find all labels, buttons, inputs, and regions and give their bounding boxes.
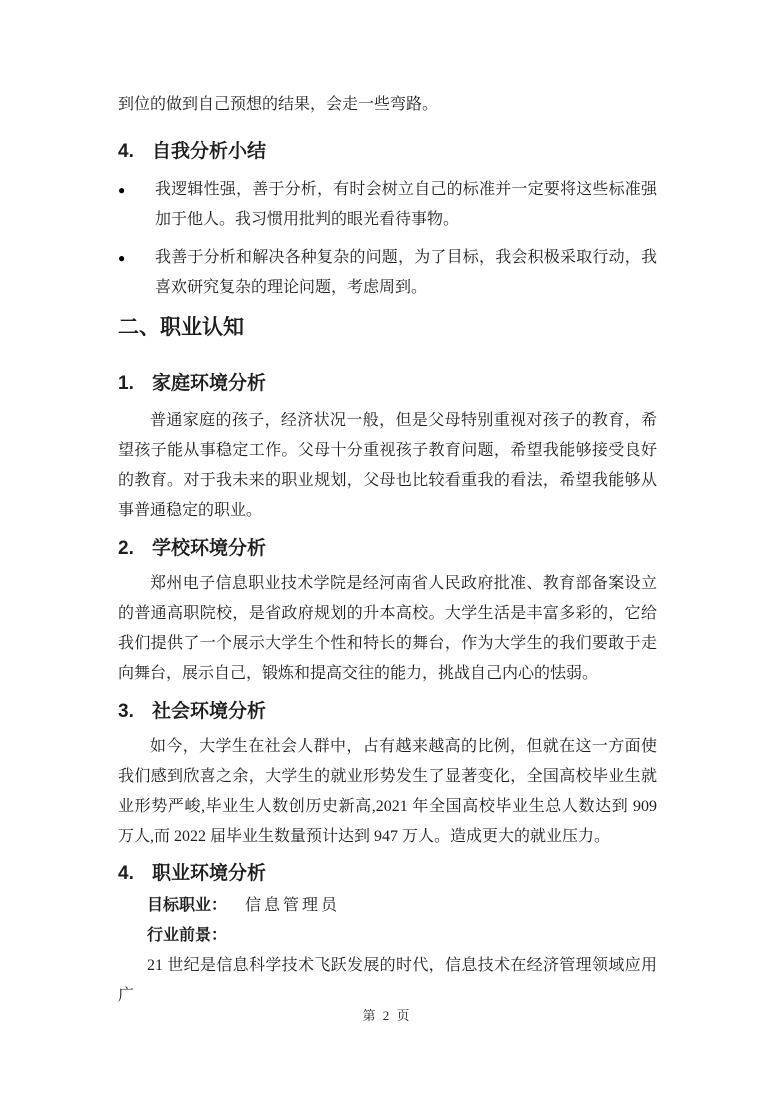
heading-social-environment: 3. 社会环境分析 bbox=[118, 700, 657, 724]
heading-title: 社会环境分析 bbox=[152, 700, 266, 724]
school-environment-paragraph: 郑州电子信息职业技术学院是经河南省人民政府批准、教育部备案设立的普通高职院校，是… bbox=[118, 569, 657, 689]
heading-school-environment: 2. 学校环境分析 bbox=[118, 537, 657, 561]
self-summary-bullet-list: ● 我逻辑性强，善于分析，有时会树立自己的标准并一定要将这些标准强加于他人。我习… bbox=[118, 175, 657, 303]
document-page: 到位的做到自己预想的结果，会走一些弯路。 4. 自我分析小结 ● 我逻辑性强，善… bbox=[0, 0, 774, 1095]
target-job-label: 目标职业： bbox=[147, 897, 227, 914]
heading-number: 3. bbox=[118, 700, 152, 724]
bullet-text: 我善于分析和解决各种复杂的问题，为了目标，我会积极采取行动，我喜欢研究复杂的理论… bbox=[155, 243, 657, 303]
bullet-item: ● 我善于分析和解决各种复杂的问题，为了目标，我会积极采取行动，我喜欢研究复杂的… bbox=[118, 243, 657, 303]
bullet-icon: ● bbox=[118, 243, 155, 303]
carryover-paragraph: 到位的做到自己预想的结果，会走一些弯路。 bbox=[118, 95, 657, 115]
industry-outlook-label: 行业前景： bbox=[147, 927, 227, 944]
target-job-line: 目标职业： 信息管理员 bbox=[118, 891, 657, 921]
family-environment-paragraph: 普通家庭的孩子，经济状况一般，但是父母特别重视对孩子的教育，希望孩子能从事稳定工… bbox=[118, 406, 657, 526]
heading-title: 家庭环境分析 bbox=[152, 372, 266, 396]
heading-title: 职业环境分析 bbox=[152, 862, 266, 886]
chapter-heading: 二、职业认知 bbox=[118, 315, 657, 341]
bullet-text: 我逻辑性强，善于分析，有时会树立自己的标准并一定要将这些标准强加于他人。我习惯用… bbox=[155, 175, 657, 235]
page-number-footer: 第 2 页 bbox=[0, 1005, 774, 1024]
bullet-item: ● 我逻辑性强，善于分析，有时会树立自己的标准并一定要将这些标准强加于他人。我习… bbox=[118, 175, 657, 235]
career-environment-paragraph: 21 世纪是信息科学技术飞跃发展的时代，信息技术在经济管理领域应用广 bbox=[118, 951, 657, 1011]
heading-self-summary: 4. 自我分析小结 bbox=[118, 140, 657, 164]
industry-outlook-line: 行业前景： bbox=[118, 921, 657, 951]
heading-number: 4. bbox=[118, 140, 152, 164]
heading-family-environment: 1. 家庭环境分析 bbox=[118, 372, 657, 396]
heading-title: 学校环境分析 bbox=[152, 537, 266, 561]
bullet-icon: ● bbox=[118, 175, 155, 235]
target-job-value: 信息管理员 bbox=[245, 897, 340, 914]
heading-title: 自我分析小结 bbox=[152, 140, 266, 164]
social-environment-paragraph: 如今，大学生在社会人群中，占有越来越高的比例，但就在这一方面使我们感到欣喜之余，… bbox=[118, 732, 657, 852]
heading-career-environment: 4. 职业环境分析 bbox=[118, 862, 657, 886]
heading-number: 1. bbox=[118, 372, 152, 396]
heading-number: 2. bbox=[118, 537, 152, 561]
heading-number: 4. bbox=[118, 862, 152, 886]
